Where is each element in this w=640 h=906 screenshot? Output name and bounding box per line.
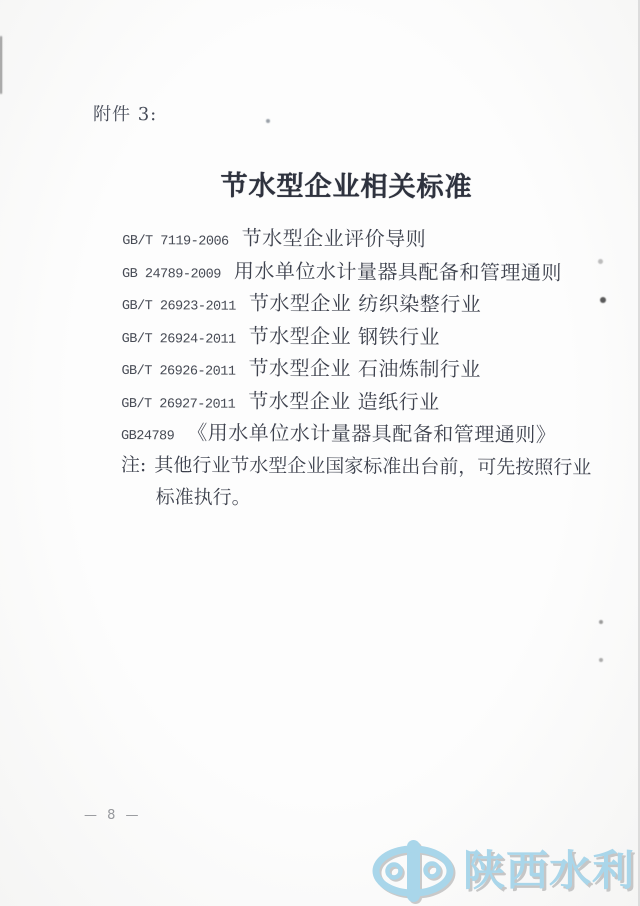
- standard-name: 节水型企业 纺织染整行业: [249, 291, 482, 316]
- standard-code: GB/T 7119-2006: [122, 234, 229, 250]
- standard-code: GB/T 26926-2011: [121, 364, 235, 380]
- standard-name: 节水型企业 造纸行业: [248, 388, 440, 413]
- standard-name: 节水型企业 钢铁行业: [249, 323, 441, 348]
- standard-item: GB24789《用水单位水计量器具配备和管理通则》: [121, 416, 601, 451]
- standard-code: GB/T 26927-2011: [121, 397, 235, 413]
- standard-item: GB/T 26926-2011节水型企业 石油炼制行业: [121, 351, 601, 386]
- note-label: 注:: [121, 454, 147, 476]
- page-number: — 8 —: [84, 808, 142, 823]
- standard-code: GB/T 26923-2011: [122, 299, 236, 315]
- standard-code: GB24789: [121, 429, 174, 444]
- standard-item: GB 24789-2009用水单位水计量器具配备和管理通则: [122, 254, 602, 289]
- note-continuation: 标准执行。: [156, 481, 601, 516]
- water-resources-logo-icon: [372, 839, 454, 903]
- standard-name: 用水单位水计量器具配备和管理通则: [234, 258, 562, 284]
- standard-name: 节水型企业 石油炼制行业: [248, 356, 481, 381]
- standard-item: GB/T 26924-2011节水型企业 钢铁行业: [122, 319, 602, 354]
- attachment-label: 附件 3:: [93, 100, 157, 126]
- watermark: 陕西水利: [372, 838, 635, 904]
- note-text: 其他行业节水型企业国家标准出台前，可先按照行业: [154, 454, 591, 479]
- standard-item: GB/T 7119-2006节水型企业评价导则: [122, 221, 602, 256]
- watermark-text: 陕西水利: [463, 838, 635, 904]
- standards-list: GB/T 7119-2006节水型企业评价导则GB 24789-2009用水单位…: [121, 221, 602, 451]
- scanned-content: 附件 3: 节水型企业相关标准 GB/T 7119-2006节水型企业评价导则G…: [0, 0, 640, 906]
- standard-code: GB 24789-2009: [122, 267, 221, 283]
- document-page: 附件 3: 节水型企业相关标准 GB/T 7119-2006节水型企业评价导则G…: [0, 0, 640, 906]
- standard-item: GB/T 26923-2011节水型企业 纺织染整行业: [122, 286, 602, 321]
- standards-section: GB/T 7119-2006节水型企业评价导则GB 24789-2009用水单位…: [121, 221, 603, 516]
- standard-item: GB/T 26927-2011节水型企业 造纸行业: [121, 384, 601, 419]
- standard-code: GB/T 26924-2011: [122, 332, 236, 348]
- standard-name: 《用水单位水计量器具配备和管理通则》: [187, 420, 556, 446]
- standard-name: 节水型企业评价导则: [242, 226, 427, 251]
- note-line: 注:其他行业节水型企业国家标准出台前，可先按照行业: [121, 449, 601, 484]
- page-title: 节水型企业相关标准: [220, 164, 472, 205]
